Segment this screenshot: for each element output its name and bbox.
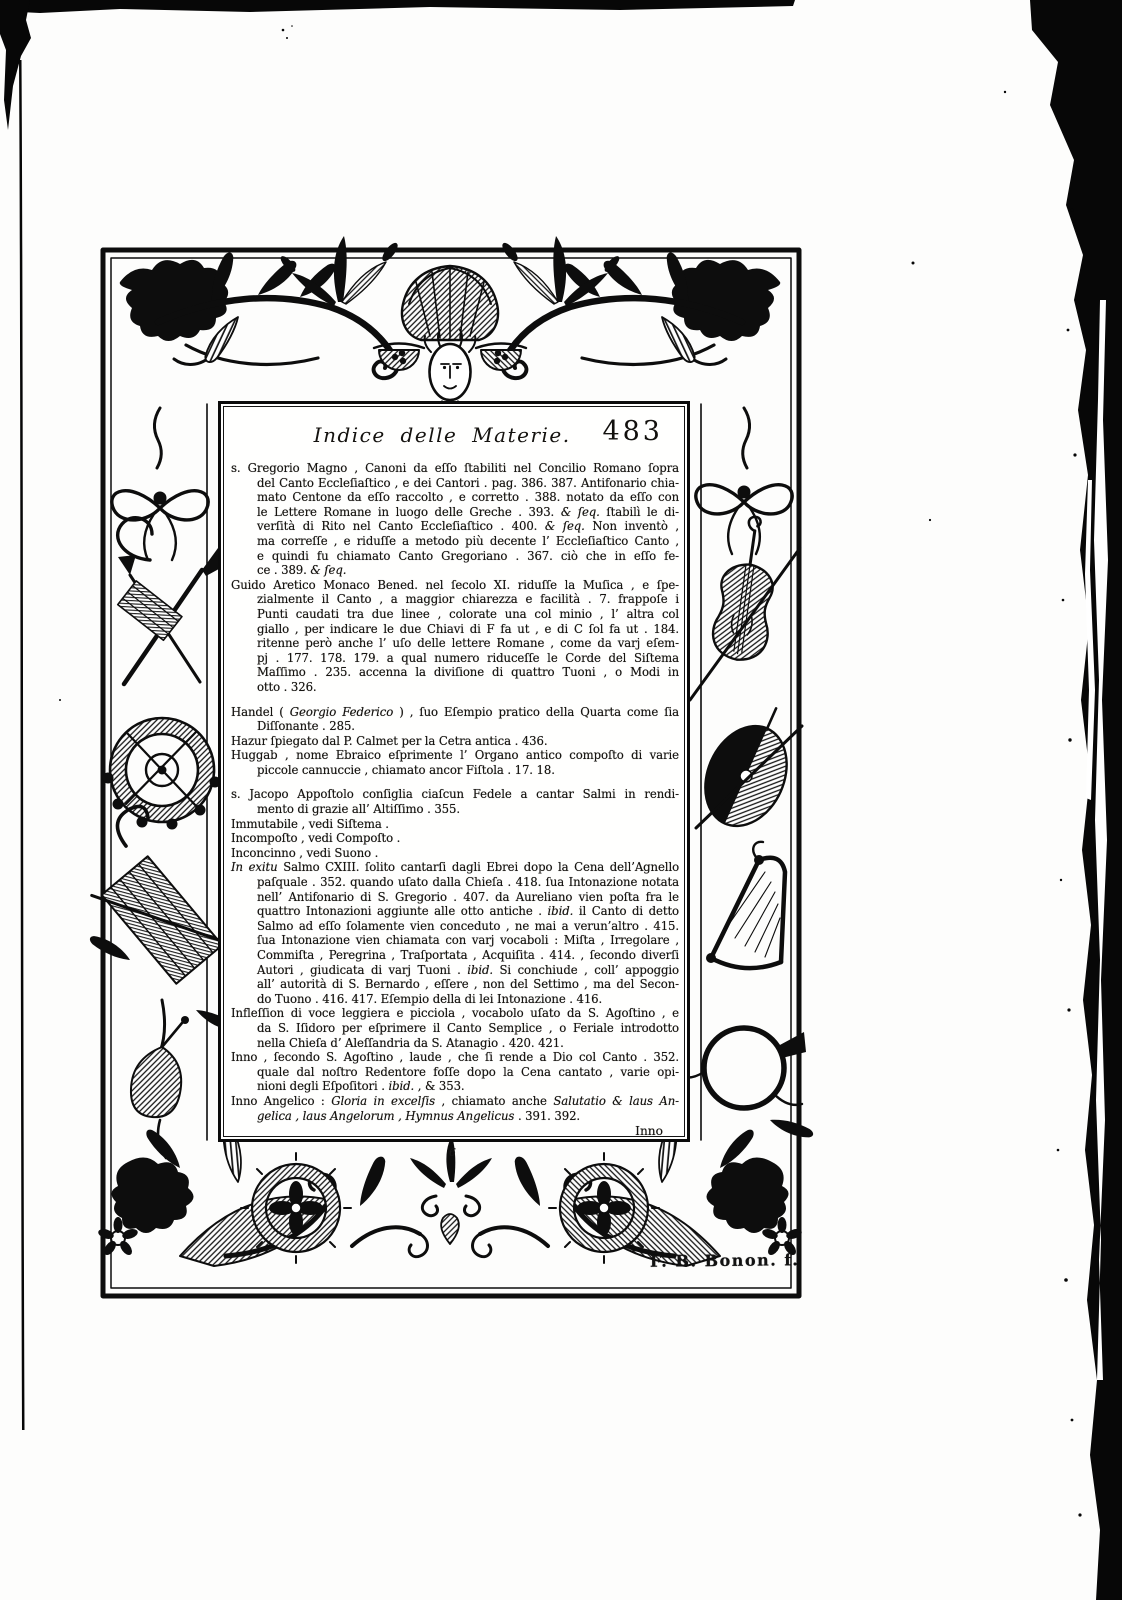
index-line: Salmo ad eſſo ſolamente vien conceduto ,… [231,919,679,934]
index-line: otto . 326. [231,680,679,695]
index-entry: Infleſſion di voce leggiera e picciola ,… [231,1006,679,1050]
index-line: Inno , ſecondo S. Agoſtino , laude , che… [231,1050,679,1065]
index-line: Maſſimo . 235. accenna la diviſione di q… [231,665,679,680]
index-line: mento di grazie all’ Altiſſimo . 355. [231,802,679,817]
index-line: Inconcinno , vedi Suono . [231,846,679,861]
horn-icon [678,1028,806,1108]
index-entry: Immutabile , vedi Siſtema . [231,817,679,832]
index-line: da S. Iſidoro per eſprimere il Canto Sem… [231,1021,679,1036]
index-line: mato Centone da eſſo raccolto , e corret… [231,490,679,505]
index-line: Immutabile , vedi Siſtema . [231,817,679,832]
gourd-lute-icon [131,1016,189,1117]
index-line: gelica , laus Angelorum , Hymnus Angelic… [231,1109,679,1124]
index-line: paſquale . 352. quando uſato dalla Chieſ… [231,875,679,890]
top-scroll-ornament [120,236,424,378]
printer-mark: 6 [449,1146,456,1159]
index-line: In exitu Salmo CXIII. ſolito cantarſi da… [231,860,679,875]
index-line: pj . 177. 178. 179. a qual numero riduce… [231,651,679,666]
index-line: giallo , per indicare le due Chiavi di F… [231,622,679,637]
index-line: Inno Angelico : Gloria in excelſis , chi… [231,1094,679,1109]
index-line: ſua Intonazione vien chiamata con varj v… [231,933,679,948]
bottom-scroll-ornament [97,1126,427,1266]
page-title: Indice delle Materie. [314,423,571,447]
index-entry: Guido Aretico Monaco Bened. nel ſecolo X… [231,578,679,695]
index-entry: Incompoſto , vedi Compoſto . [231,831,679,846]
flower-icon [97,1217,139,1257]
index-line: quale dal noſtro Redentore foſſe dopo la… [231,1065,679,1080]
text-area: Indice delle Materie. 483 s. Gregorio Ma… [231,416,679,1135]
harp-icon [706,842,785,968]
index-line: e quindi fu chiamato Canto Gregoriano . … [231,549,679,564]
index-line: le Lettere Romane in luogo delle Greche … [231,505,679,520]
index-entry: Inno , ſecondo S. Agoſtino , laude , che… [231,1050,679,1094]
index-line: zialmente il Canto , a maggior chiarezza… [231,592,679,607]
panpipes-icon [92,847,232,994]
ribbon-bow-icon [112,491,208,560]
index-entry: Inno Angelico : Gloria in excelſis , chi… [231,1094,679,1123]
index-line: nell’ Antifonario di S. Gregorio . 407. … [231,890,679,905]
index-line: quattro Intonazioni aggiunte alle otto a… [231,904,679,919]
catchword: Inno [231,1124,679,1139]
index-line: all’ autorità di S. Bernardo , eſſere , … [231,977,679,992]
index-line: ma correſſe , e riduſſe a metodo più dec… [231,534,679,549]
index-line: Huggab , nome Ebraico eſprimente l’ Orga… [231,748,679,763]
violin-icon [710,513,784,663]
index-body: s. Gregorio Magno , Canoni da eſſo ſtabi… [231,461,679,1123]
index-line: nioni degli Eſpoſitori . ibid. , & 353. [231,1079,679,1094]
index-entry: Huggab , nome Ebraico eſprimente l’ Orga… [231,748,679,777]
index-line: s. Jacopo Appoſtolo conſiglia ciaſcun Fe… [231,787,679,802]
scan-corner-blob [0,0,31,130]
index-line: Hazur ſpiegato dal P. Calmet per la Cetr… [231,734,679,749]
index-line: ritenne però anche l’ uſo delle lettere … [231,636,679,651]
index-line: Autori , giudicata di varj Tuoni . ibid.… [231,963,679,978]
index-line: piccole cannuccie , chiamato ancor Fiſto… [231,763,679,778]
index-line: verſità di Rito nel Canto Eccleſiaſtico … [231,519,679,534]
index-entry: In exitu Salmo CXIII. ſolito cantarſi da… [231,860,679,1006]
left-instrument-trophy-icon [89,408,235,1158]
index-line: do Tuono . 416. 417. Eſempio della di le… [231,992,679,1007]
index-line: Guido Aretico Monaco Bened. nel ſecolo X… [231,578,679,593]
index-header: Indice delle Materie. 483 [231,416,679,456]
index-line: s. Gregorio Magno , Canoni da eſſo ſtabi… [231,461,679,476]
lute-icon [690,693,811,839]
index-entry: Inconcinno , vedi Suono . [231,846,679,861]
pipes-icon [118,581,182,640]
scan-top-edge [0,0,795,13]
scanned-book-page: Indice delle Materie. 483 s. Gregorio Ma… [0,0,1122,1600]
mask-ornament-icon [402,266,498,416]
index-line: Handel ( Georgio Federico ) , ſuo Eſempi… [231,705,679,720]
right-instrument-trophy-icon [678,408,814,1148]
page-number: 483 [602,416,663,447]
trumpet-icon [124,570,202,684]
rosette-icon [241,1153,351,1263]
scan-right-edge [1030,0,1122,1600]
text-frame: Indice delle Materie. 483 s. Gregorio Ma… [218,401,690,1142]
index-entry: Handel ( Georgio Federico ) , ſuo Eſempi… [231,705,679,734]
index-line: Incompoſto , vedi Compoſto . [231,831,679,846]
ribbon-bow-icon [696,485,792,554]
index-line: Diſſonante . 285. [231,719,679,734]
index-entry: Hazur ſpiegato dal P. Calmet per la Cetr… [231,734,679,749]
index-line: Infleſſion di voce leggiera e picciola ,… [231,1006,679,1021]
tambourine-icon [103,718,221,830]
engraver-signature: F. B. Bonon. f. [650,1250,799,1271]
index-line: Punti caudati tra due linee , colorate u… [231,607,679,622]
index-line: del Canto Eccleſiaſtico , e dei Cantori … [231,476,679,491]
violin-bow-icon [690,548,800,700]
index-line: ce . 389. & ſeq. [231,563,679,578]
index-line: Commiſta , Peregrina , Traſportata , Acq… [231,948,679,963]
index-entry: s. Jacopo Appoſtolo conſiglia ciaſcun Fe… [231,787,679,816]
index-entry: s. Gregorio Magno , Canoni da eſſo ſtabi… [231,461,679,578]
index-line: nella Chieſa d’ Aleſſandria da S. Atanag… [231,1036,679,1051]
scan-gutter-line [19,60,25,1430]
